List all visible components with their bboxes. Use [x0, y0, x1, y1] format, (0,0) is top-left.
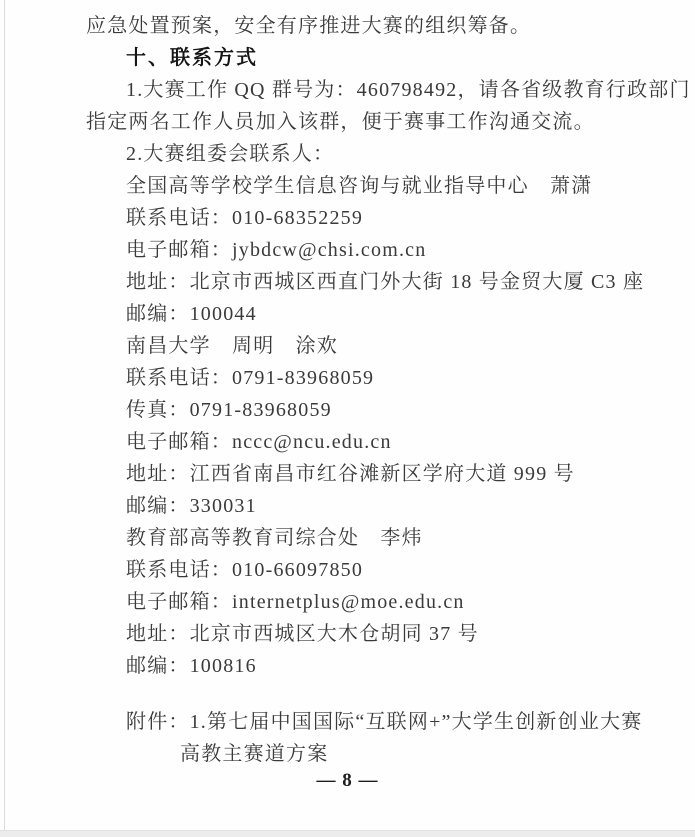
contact-org-line: 全国高等学校学生信息咨询与就业指导中心 萧潇: [86, 170, 620, 202]
item2-intro: 2.大赛组委会联系人：: [86, 138, 620, 170]
contact-address-line: 地址：北京市西城区西直门外大街 18 号金贸大厦 C3 座: [86, 266, 620, 298]
contact-phone-line: 联系电话：010-66097850: [86, 554, 620, 586]
item1-line1: 1.大赛工作 QQ 群号为：460798492，请各省级教育行政部门: [86, 74, 620, 106]
item1-line2: 指定两名工作人员加入该群，便于赛事工作沟通交流。: [86, 106, 620, 138]
contact-org-line: 教育部高等教育司综合处 李炜: [86, 522, 620, 554]
document-page: 应急处置预案，安全有序推进大赛的组织筹备。 十、联系方式 1.大赛工作 QQ 群…: [0, 0, 695, 837]
attachment-block: 附件：1.第七届中国国际“互联网+”大学生创新创业大赛 高教主赛道方案: [86, 706, 620, 770]
contact-org-line: 南昌大学 周明 涂欢: [86, 330, 620, 362]
page-edge-bottom: [0, 830, 695, 837]
page-number: — 8 —: [317, 770, 379, 791]
contact-zip-line: 邮编：100044: [86, 298, 620, 330]
contact-email-line: 电子邮箱：nccc@ncu.edu.cn: [86, 426, 620, 458]
page-footer: — 8 —: [0, 770, 695, 792]
contact-address-line: 地址：江西省南昌市红谷滩新区学府大道 999 号: [86, 458, 620, 490]
contact-phone-line: 联系电话：0791-83968059: [86, 362, 620, 394]
document-content: 应急处置预案，安全有序推进大赛的组织筹备。 十、联系方式 1.大赛工作 QQ 群…: [86, 10, 620, 770]
contact-fax-line: 传真：0791-83968059: [86, 394, 620, 426]
paragraph-continuation: 应急处置预案，安全有序推进大赛的组织筹备。: [86, 10, 620, 42]
contact-zip-line: 邮编：100816: [86, 650, 620, 682]
contact-zip-line: 邮编：330031: [86, 490, 620, 522]
contact-email-line: 电子邮箱：internetplus@moe.edu.cn: [86, 586, 620, 618]
contact-address-line: 地址：北京市西城区大木仓胡同 37 号: [86, 618, 620, 650]
contact-email-line: 电子邮箱：jybdcw@chsi.com.cn: [86, 234, 620, 266]
contact-phone-line: 联系电话：010-68352259: [86, 202, 620, 234]
section-heading: 十、联系方式: [86, 42, 620, 74]
attachment-line1: 附件：1.第七届中国国际“互联网+”大学生创新创业大赛: [86, 706, 620, 738]
attachment-line2: 高教主赛道方案: [86, 738, 620, 770]
page-edge-left: [4, 0, 5, 837]
